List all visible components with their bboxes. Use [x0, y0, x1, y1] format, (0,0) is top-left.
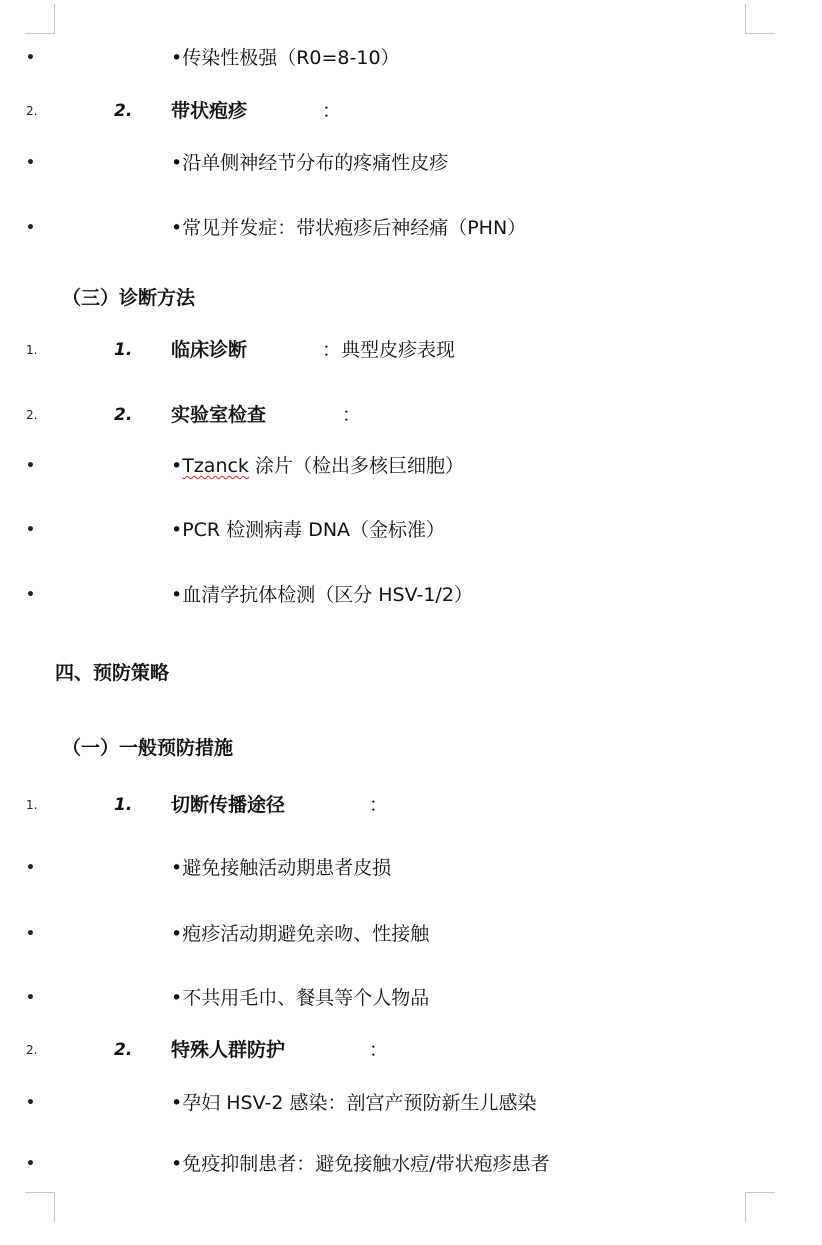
chapter-heading: 四、预防策略 — [0, 658, 822, 688]
list-number-marker: 1. — [26, 790, 37, 820]
section-heading: （一）一般预防措施 — [0, 733, 822, 763]
list-item[interactable]: • •PCR 检测病毒 DNA（金标准） — [0, 515, 822, 545]
list-number-marker: 2. — [26, 96, 37, 126]
page-corner-mark-top-left — [25, 4, 55, 34]
bullet-marker: • — [26, 43, 35, 73]
item-description: ：典型皮疹表现 — [322, 335, 455, 365]
item-number: 1. — [114, 335, 132, 365]
list-item[interactable]: • •孕妇 HSV-2 感染：剖宫产预防新生儿感染 — [0, 1088, 822, 1118]
list-number-marker: 1. — [26, 335, 37, 365]
list-item-text: •Tzanck 涂片（检出多核巨细胞） — [171, 451, 464, 481]
page-corner-mark-bottom-left — [25, 1192, 55, 1222]
list-item[interactable]: • •传染性极强（R0=8-10） — [0, 43, 822, 73]
numbered-item[interactable]: 2. 2. 实验室检查 ： — [0, 400, 822, 430]
list-item-text: •PCR 检测病毒 DNA（金标准） — [171, 515, 445, 545]
list-item[interactable]: • •Tzanck 涂片（检出多核巨细胞） — [0, 451, 822, 481]
list-item[interactable]: • •血清学抗体检测（区分 HSV-1/2） — [0, 580, 822, 610]
item-colon: ： — [369, 790, 388, 820]
numbered-item[interactable]: 2. 2. 特殊人群防护 ： — [0, 1035, 822, 1065]
list-item[interactable]: • •疱疹活动期避免亲吻、性接触 — [0, 919, 822, 949]
item-number: 2. — [114, 1035, 132, 1065]
bullet-marker: • — [26, 1149, 35, 1179]
list-item-text: •传染性极强（R0=8-10） — [171, 43, 400, 73]
list-item-text: •避免接触活动期患者皮损 — [171, 853, 391, 883]
list-item-text: •沿单侧神经节分布的疼痛性皮疹 — [171, 148, 448, 178]
item-title: 带状疱疹 — [171, 96, 247, 126]
bullet-marker: • — [26, 213, 35, 243]
heading-text: 四、预防策略 — [55, 658, 169, 688]
page-corner-mark-top-right — [745, 4, 775, 34]
bullet-marker: • — [26, 983, 35, 1013]
bullet-marker: • — [26, 148, 35, 178]
item-title: 临床诊断 — [171, 335, 247, 365]
numbered-item[interactable]: 1. 1. 临床诊断 ：典型皮疹表现 — [0, 335, 822, 365]
item-colon: ： — [342, 400, 361, 430]
list-item-text: •孕妇 HSV-2 感染：剖宫产预防新生儿感染 — [171, 1088, 536, 1118]
item-number: 2. — [114, 400, 132, 430]
page-corner-mark-bottom-right — [745, 1192, 775, 1222]
list-number-marker: 2. — [26, 400, 37, 430]
list-item[interactable]: • •沿单侧神经节分布的疼痛性皮疹 — [0, 148, 822, 178]
bullet-marker: • — [26, 919, 35, 949]
list-number-marker: 2. — [26, 1035, 37, 1065]
list-item[interactable]: • •不共用毛巾、餐具等个人物品 — [0, 983, 822, 1013]
section-heading: （三）诊断方法 — [0, 283, 822, 313]
numbered-item[interactable]: 2. 2. 带状疱疹 ： — [0, 96, 822, 126]
item-title: 切断传播途径 — [171, 790, 285, 820]
list-item-text: •血清学抗体检测（区分 HSV-1/2） — [171, 580, 473, 610]
bullet-marker: • — [26, 515, 35, 545]
item-colon: ： — [369, 1035, 388, 1065]
list-item[interactable]: • •常见并发症：带状疱疹后神经痛（PHN） — [0, 213, 822, 243]
list-item-text: •不共用毛巾、餐具等个人物品 — [171, 983, 429, 1013]
list-item-text: •疱疹活动期避免亲吻、性接触 — [171, 919, 429, 949]
bullet-marker: • — [26, 853, 35, 883]
spellcheck-flagged-word[interactable]: Tzanck — [182, 455, 249, 477]
bullet-marker: • — [26, 580, 35, 610]
bullet-marker: • — [26, 1088, 35, 1118]
list-item-text: •免疫抑制患者：避免接触水痘/带状疱疹患者 — [171, 1149, 550, 1179]
heading-text: （三）诊断方法 — [62, 283, 195, 313]
item-number: 2. — [114, 96, 132, 126]
item-title: 实验室检查 — [171, 400, 266, 430]
numbered-item[interactable]: 1. 1. 切断传播途径 ： — [0, 790, 822, 820]
item-title: 特殊人群防护 — [171, 1035, 285, 1065]
list-item[interactable]: • •避免接触活动期患者皮损 — [0, 853, 822, 883]
bullet-marker: • — [26, 451, 35, 481]
list-item-text: •常见并发症：带状疱疹后神经痛（PHN） — [171, 213, 526, 243]
inline-bullet: • — [171, 455, 182, 477]
item-number: 1. — [114, 790, 132, 820]
list-item-text-rest: 涂片（检出多核巨细胞） — [249, 455, 464, 477]
list-item[interactable]: • •免疫抑制患者：避免接触水痘/带状疱疹患者 — [0, 1149, 822, 1179]
item-colon: ： — [322, 96, 341, 126]
heading-text: （一）一般预防措施 — [62, 733, 233, 763]
